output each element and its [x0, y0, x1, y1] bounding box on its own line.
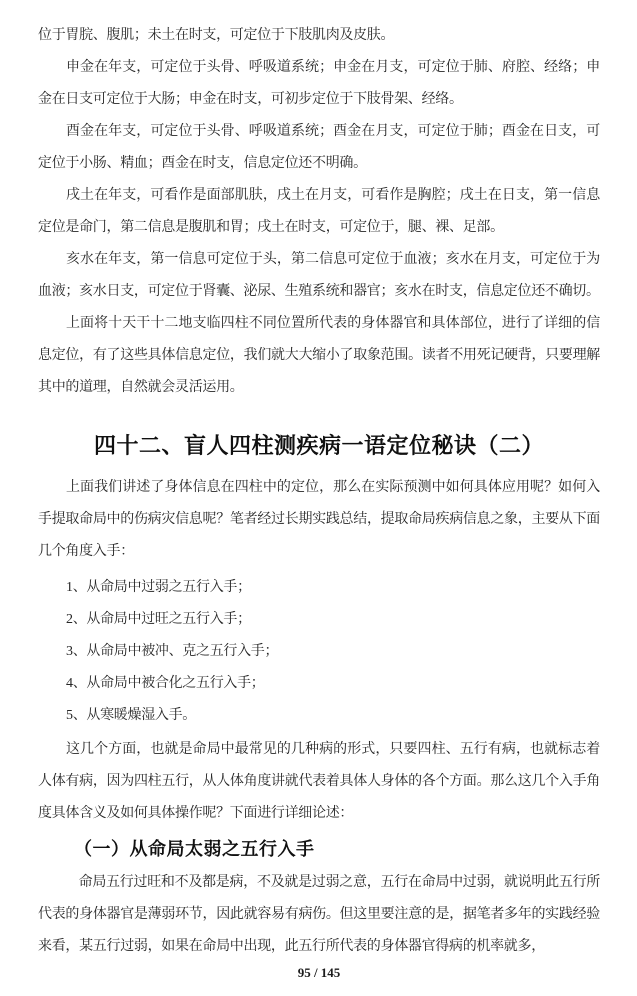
- list-item-5: 5、从寒暖燥湿入手。: [38, 700, 600, 732]
- paragraph-closing: 这几个方面，也就是命局中最常见的几种病的形式，只要四柱、五行有病，也就标志着人体…: [38, 734, 600, 830]
- list-item-2: 2、从命局中过旺之五行入手；: [38, 604, 600, 636]
- section-heading: （一）从命局太弱之五行入手: [38, 836, 600, 862]
- paragraph-shen-metal: 申金在年支，可定位于头骨、呼吸道系统；申金在月支，可定位于肺、府腔、经络；申金在…: [38, 52, 600, 116]
- paragraph-you-metal: 酉金在年支，可定位于头骨、呼吸道系统；酉金在月支，可定位于肺；酉金在日支，可定位…: [38, 116, 600, 180]
- paragraph-section-body: 命局五行过旺和不及都是病，不及就是过弱之意，五行在命局中过弱，就说明此五行所代表…: [38, 867, 600, 963]
- paragraph-summary: 上面将十天干十二地支临四柱不同位置所代表的身体器官和具体部位，进行了详细的信息定…: [38, 308, 600, 404]
- list-item-3: 3、从命局中被冲、克之五行入手；: [38, 636, 600, 668]
- list-item-1: 1、从命局中过弱之五行入手；: [38, 572, 600, 604]
- chapter-heading: 四十二、盲人四柱测疾病一语定位秘诀（二）: [38, 430, 600, 462]
- paragraph-xu-earth: 戌土在年支，可看作是面部肌肤，戌土在月支，可看作是胸腔；戌土在日支，第一信息定位…: [38, 180, 600, 244]
- page-number: 95 / 145: [38, 965, 600, 981]
- numbered-list: 1、从命局中过弱之五行入手； 2、从命局中过旺之五行入手； 3、从命局中被冲、克…: [38, 572, 600, 732]
- paragraph-hai-water: 亥水在年支，第一信息可定位于头，第二信息可定位于血液；亥水在月支，可定位于为血液…: [38, 244, 600, 308]
- document-page: 位于胃脘、腹肌；未土在时支，可定位于下肢肌肉及皮肤。 申金在年支，可定位于头骨、…: [0, 0, 637, 996]
- paragraph-intro: 上面我们讲述了身体信息在四柱中的定位，那么在实际预测中如何具体应用呢？如何入手提…: [38, 472, 600, 568]
- paragraph-runover: 位于胃脘、腹肌；未土在时支，可定位于下肢肌肉及皮肤。: [38, 20, 600, 52]
- list-item-4: 4、从命局中被合化之五行入手；: [38, 668, 600, 700]
